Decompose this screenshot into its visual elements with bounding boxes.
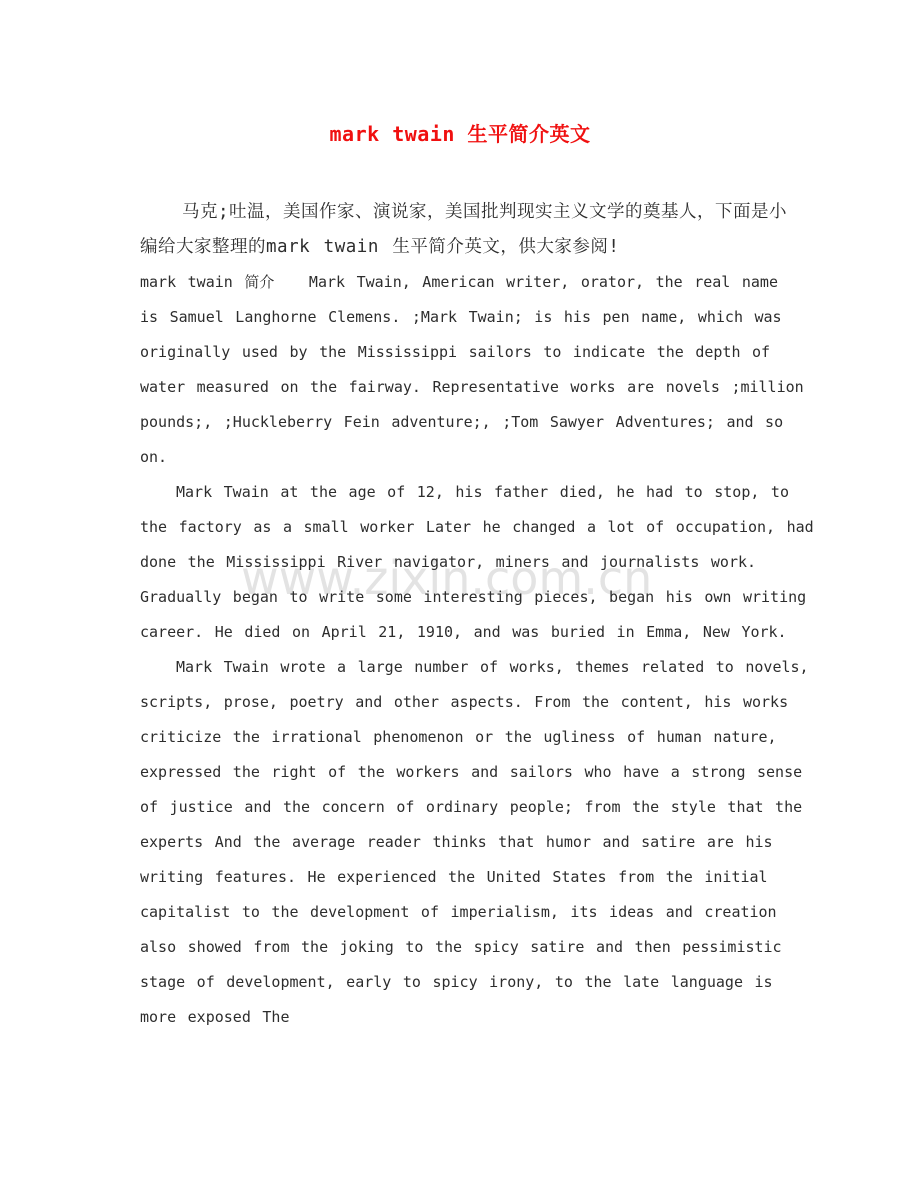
text-line-8: on. bbox=[140, 440, 785, 475]
text-line-5: originally used by the Mississippi sailo… bbox=[140, 335, 785, 370]
text-line-1: 马克;吐温，美国作家、演说家，美国批判现实主义文学的奠基人，下面是小 bbox=[140, 195, 785, 230]
text-line-2: 编给大家整理的mark twain 生平简介英文，供大家参阅! bbox=[140, 230, 785, 265]
text-line-13: career. He died on April 21, 1910, and w… bbox=[140, 615, 785, 650]
text-line-17: expressed the right of the workers and s… bbox=[140, 755, 785, 790]
text-line-11: done the Mississippi River navigator, mi… bbox=[140, 545, 785, 580]
text-line-14: Mark Twain wrote a large number of works… bbox=[140, 650, 785, 685]
text-line-12: Gradually began to write some interestin… bbox=[140, 580, 785, 615]
text-line-18: of justice and the concern of ordinary p… bbox=[140, 790, 785, 825]
text-line-21: capitalist to the development of imperia… bbox=[140, 895, 785, 930]
text-line-10: the factory as a small worker Later he c… bbox=[140, 510, 785, 545]
document-title: mark twain 生平简介英文 bbox=[0, 118, 920, 147]
text-line-20: writing features. He experienced the Uni… bbox=[140, 860, 785, 895]
text-line-24: more exposed The bbox=[140, 1000, 785, 1035]
text-line-3: mark twain 简介 Mark Twain, American write… bbox=[140, 265, 785, 300]
text-line-15: scripts, prose, poetry and other aspects… bbox=[140, 685, 785, 720]
text-line-19: experts And the average reader thinks th… bbox=[140, 825, 785, 860]
text-line-23: stage of development, early to spicy iro… bbox=[140, 965, 785, 1000]
document-body: 马克;吐温，美国作家、演说家，美国批判现实主义文学的奠基人，下面是小 编给大家整… bbox=[140, 195, 785, 1035]
text-line-4: is Samuel Langhorne Clemens. ;Mark Twain… bbox=[140, 300, 785, 335]
text-line-16: criticize the irrational phenomenon or t… bbox=[140, 720, 785, 755]
text-line-9: Mark Twain at the age of 12, his father … bbox=[140, 475, 785, 510]
text-line-22: also showed from the joking to the spicy… bbox=[140, 930, 785, 965]
text-line-6: water measured on the fairway. Represent… bbox=[140, 370, 785, 405]
document-page: mark twain 生平简介英文 www.zixin.com.cn 马克;吐温… bbox=[0, 0, 920, 1191]
text-line-7: pounds;, ;Huckleberry Fein adventure;, ;… bbox=[140, 405, 785, 440]
